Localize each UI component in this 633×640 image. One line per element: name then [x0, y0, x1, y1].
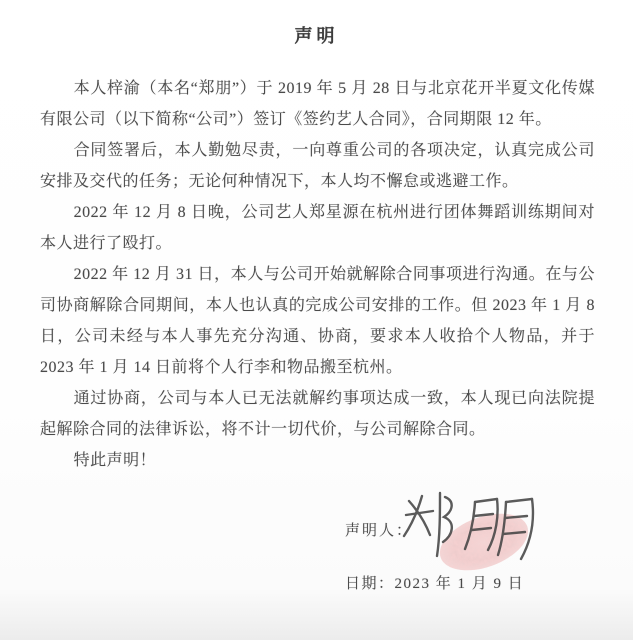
paragraph-assault-incident: 2022 年 12 月 8 日晚，公司艺人郑星源在杭州进行团体舞蹈训练期间对本人… [40, 197, 595, 259]
paragraph-lawsuit: 通过协商，公司与本人已无法就解约事项达成一致，本人现已向法院提起解除合同的法律诉… [40, 383, 595, 445]
paragraph-termination-talks: 2022 年 12 月 31 日，本人与公司开始就解除合同事项进行沟通。在与公司… [40, 259, 595, 383]
paragraph-diligence: 合同签署后，本人勤勉尽责，一向尊重公司的各项决定，认真完成公司安排及交代的任务；… [40, 135, 595, 197]
signature-block: 郑朋 [400, 488, 552, 583]
closing-statement: 特此声明！ [40, 445, 595, 476]
signature-graphic [400, 488, 552, 578]
statement-document-photo: 声明 本人梓渝（本名“郑朋”）于 2019 年 5 月 28 日与北京花开半夏文… [0, 0, 633, 640]
paragraph-contract-signing: 本人梓渝（本名“郑朋”）于 2019 年 5 月 28 日与北京花开半夏文化传媒… [40, 73, 595, 135]
document-title: 声明 [0, 0, 633, 48]
date-line: 日期：2023 年 1 月 9 日 [345, 572, 524, 593]
document-body: 本人梓渝（本名“郑朋”）于 2019 年 5 月 28 日与北京花开半夏文化传媒… [0, 48, 633, 476]
